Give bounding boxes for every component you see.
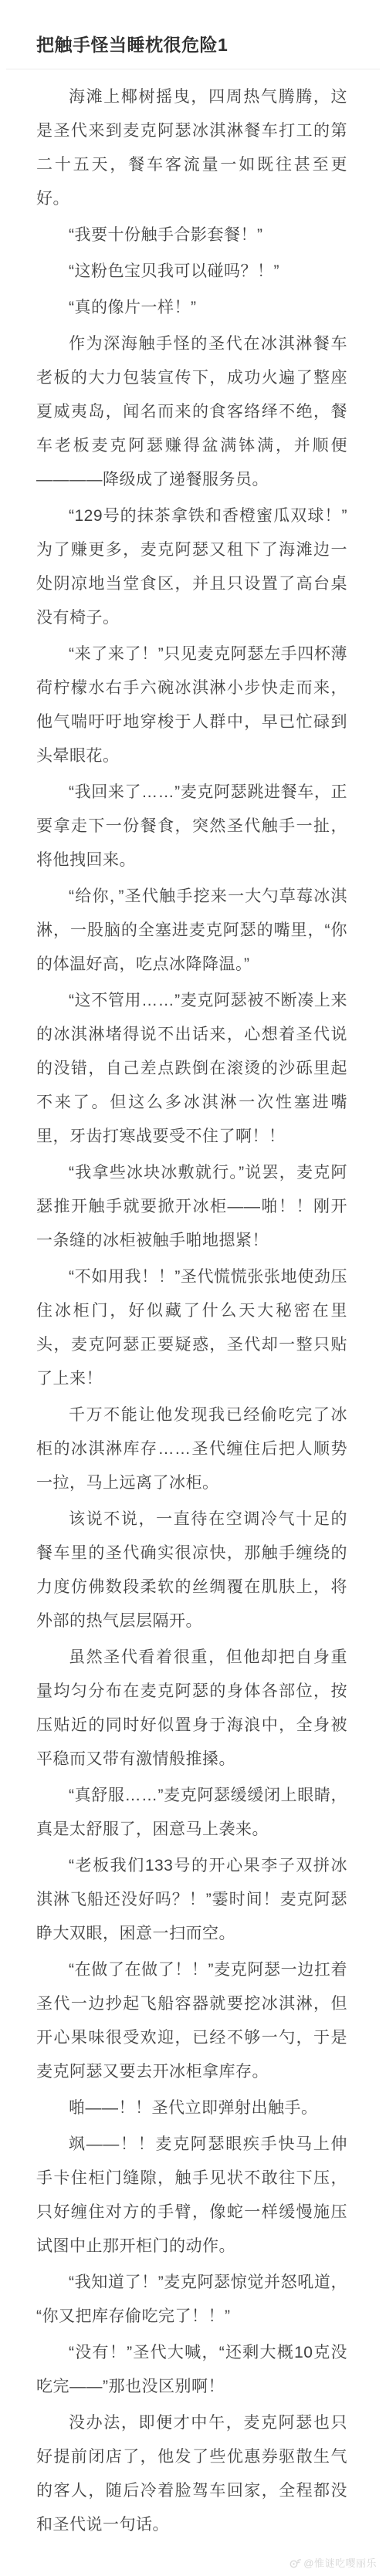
paragraph: “来了来了！”只见麦克阿瑟左手四杯薄荷柠檬水右手六碗冰淇淋小步快走而来，他气喘吁… (36, 637, 347, 773)
paragraph: 千万不能让他发现我已经偷吃完了冰柜的冰淇淋库存……圣代缠住后把人顺势一拉，马上远… (36, 1398, 347, 1500)
paragraph: “不如用我！！”圣代慌慌张张地使劲压住冰柜门，好似藏了什么天大秘密在里头，麦克阿… (36, 1260, 347, 1396)
title-divider (6, 69, 380, 69)
paragraph: 啪——！！圣代立即弹射出触手。 (36, 2091, 347, 2125)
paragraph: 飒——！！麦克阿瑟眼疾手快马上伸手卡住柜门缝隙，触手见状不敢往下压，只好缠住对方… (36, 2128, 347, 2263)
paragraph: “没有！”圣代大喊，“还剩大概10克没吃完——”那也没区别啊！ (36, 2336, 347, 2404)
watermark: @惟谜吃嘤丽乐 (289, 2555, 377, 2570)
watermark-handle: @惟谜吃嘤丽乐 (303, 2555, 377, 2570)
paragraph: 海滩上椰树摇曳，四周热气腾腾，这是圣代来到麦克阿瑟冰淇淋餐车打工的第二十五天，餐… (36, 80, 347, 216)
story-page: 把触手怪当睡枕很危险1 海滩上椰树摇曳，四周热气腾腾，这是圣代来到麦克阿瑟冰淇淋… (0, 0, 386, 2576)
story-body: 海滩上椰树摇曳，四周热气腾腾，这是圣代来到麦克阿瑟冰淇淋餐车打工的第二十五天，餐… (36, 80, 347, 2544)
paragraph: “老板我们133号的开心果李子双拼冰淇淋飞船还没好吗？！”霎时间！麦克阿瑟睁大双… (36, 1849, 347, 1951)
paragraph: “这不管用……”麦克阿瑟被不断凑上来的冰淇淋堵得说不出话来，心想着圣代说的没错，… (36, 984, 347, 1154)
paragraph: 该说不说，一直待在空调冷气十足的餐车里的圣代确实很凉快，那触手缠绕的力度仿佛数段… (36, 1503, 347, 1638)
paragraph: “我回来了……”麦克阿瑟跳进餐车，正要拿走下一份餐食，突然圣代触手一扯，将他拽回… (36, 776, 347, 877)
paragraph: “我拿些冰块冰敷就行。”说罢，麦克阿瑟推开触手就要掀开冰柜——啪！！刚开一条缝的… (36, 1156, 347, 1258)
paragraph: “真舒服……”麦克阿瑟缓缓闭上眼睛，真是太舒服了，困意马上袭来。 (36, 1779, 347, 1847)
paragraph: 虽然圣代看着很重，但他却把自身重量均匀分布在麦克阿瑟的身体各部位，按压贴近的同时… (36, 1641, 347, 1776)
page-title: 把触手怪当睡枕很危险1 (36, 31, 347, 56)
paragraph: “真的像片一样！” (36, 291, 347, 325)
paragraph: 没办法，即便才中午，麦克阿瑟也只好提前闭店了，他发了些优惠券驱散生气的客人，随后… (36, 2406, 347, 2542)
paragraph: 作为深海触手怪的圣代在冰淇淋餐车老板的大力包装宣传下，成功火遍了整座夏威夷岛，闻… (36, 327, 347, 497)
paragraph: “我要十份触手合影套餐！” (36, 218, 347, 252)
paragraph: “129号的抹茶拿铁和香橙蜜瓜双球！”为了赚更多，麦克阿瑟又租下了海滩边一处阴凉… (36, 499, 347, 635)
weibo-logo-icon (289, 2557, 301, 2568)
paragraph: “在做了在做了！！”麦克阿瑟一边扛着圣代一边抄起飞船容器就要挖冰淇淋，但开心果味… (36, 1953, 347, 2089)
paragraph: “我知道了！”麦克阿瑟惊觉并怒吼道，“你又把库存偷吃完了！！” (36, 2266, 347, 2334)
paragraph: “这粉色宝贝我可以碰吗？！” (36, 255, 347, 289)
paragraph: “给你，”圣代触手挖来一大勺草莓冰淇淋，一股脑的全塞进麦克阿瑟的嘴里，“你的体温… (36, 880, 347, 982)
